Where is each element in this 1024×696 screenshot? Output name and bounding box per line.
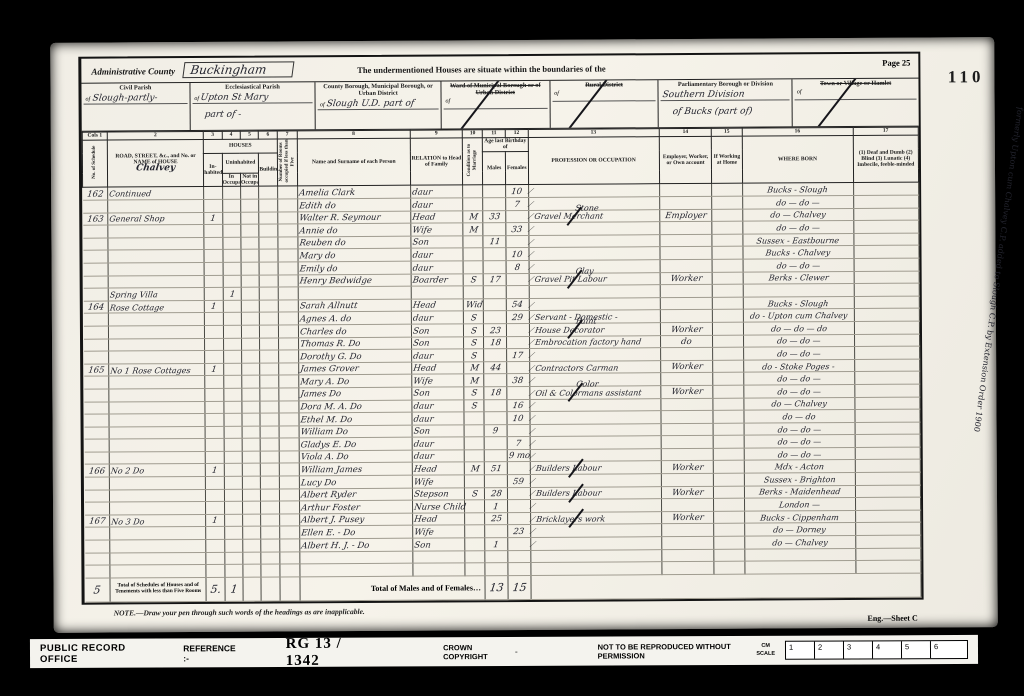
cell-text: Dorothy G. Do <box>299 353 361 362</box>
cell-rel: Son <box>411 324 464 337</box>
cell-occ: ∕StoneGravel Merchant <box>528 209 659 222</box>
cell-uo <box>223 262 241 275</box>
cell-af <box>506 235 529 248</box>
cell-name: Sarah Allnutt <box>298 299 411 312</box>
cell-text: do <box>681 338 693 347</box>
cell-bld <box>260 401 278 414</box>
cell-inh <box>206 552 224 565</box>
cell-name: Dorothy G. Do <box>298 349 411 362</box>
cell-inf <box>854 258 919 271</box>
cell-un <box>241 187 259 200</box>
cell-occ: ∕Builders Labour <box>530 486 661 499</box>
cell-sch <box>83 288 108 301</box>
cell-am: 44 <box>484 361 507 374</box>
cell-sch <box>85 553 110 566</box>
cell-af: 23 <box>508 525 531 538</box>
cell-sch <box>84 427 109 440</box>
col-number: 3 <box>203 131 221 139</box>
form-note: NOTE.—Draw your pen through such words o… <box>84 604 924 618</box>
cell-inf <box>854 283 919 296</box>
cell-sch <box>84 490 109 503</box>
cell-occ: ∕ <box>530 449 661 462</box>
cell-born <box>743 284 854 297</box>
cell-sch: 162 <box>83 187 108 200</box>
cell-inf <box>854 233 919 246</box>
cell-af: 59 <box>507 475 530 488</box>
cell-un <box>242 451 260 464</box>
cell-text: Head <box>413 516 437 525</box>
cell-inh <box>206 539 224 552</box>
cell-sch <box>85 527 110 540</box>
cell-bld <box>260 375 278 388</box>
col-number: 5 <box>240 131 258 139</box>
cell-text: do — do — <box>776 224 821 232</box>
cell-cond: S <box>465 487 485 500</box>
cell-un <box>242 476 260 489</box>
cell-inf <box>855 434 920 447</box>
cell-af <box>508 538 531 551</box>
field-value-2: part of - <box>192 110 242 120</box>
cell-text: M <box>469 365 479 374</box>
cell-text: 51 <box>490 465 502 474</box>
col-header-occupation: PROFESSION OR OCCUPATION <box>528 137 660 185</box>
cell-uo <box>224 439 242 452</box>
cell-inh <box>204 199 222 212</box>
cell-rel: Wife <box>411 223 464 236</box>
cell-emp: Worker <box>660 322 713 335</box>
cell-emp: do <box>660 335 713 348</box>
cell-text: Head <box>413 466 437 475</box>
cell-text: 1 <box>493 541 500 550</box>
cell-emp <box>661 410 714 423</box>
cell-sch <box>84 477 109 490</box>
cell-emp <box>661 499 714 512</box>
cell-inh <box>204 237 222 250</box>
cell-text: 18 <box>490 390 502 399</box>
cell-home <box>713 272 743 285</box>
cell-text: M <box>468 226 478 235</box>
cell-rooms <box>278 312 298 325</box>
cell-born: Bucks - Slough <box>742 183 853 196</box>
cell-cond <box>464 286 484 299</box>
cell-occ: ∕PaintHouse Decorator <box>529 323 660 336</box>
tally-tick: ∕ <box>529 350 534 360</box>
cell-uo <box>224 426 242 439</box>
cell-rel: Son <box>412 387 465 400</box>
cell-sch <box>83 225 108 238</box>
cell-af <box>507 424 530 437</box>
cell-bld <box>260 275 278 288</box>
cell-rel: daur <box>410 198 463 211</box>
cell-af: 17 <box>507 349 530 362</box>
col-header-road: ROAD, STREET, &c., and No. or NAME of HO… <box>107 139 203 187</box>
tally-tick: ∕ <box>529 400 534 410</box>
cell-inh <box>204 288 222 301</box>
cell-rel: Head <box>412 513 465 526</box>
cell-text: 33 <box>488 213 500 222</box>
admin-county-label: Administrative County <box>91 66 175 77</box>
cell-road <box>109 351 205 364</box>
cell-am: 33 <box>483 210 506 223</box>
totals-value: 5 <box>93 583 102 596</box>
cell-inf <box>855 472 920 485</box>
col-header-inhabited: In-habited <box>204 153 223 187</box>
reproduction-notice: NOT TO BE REPRODUCED WITHOUT PERMISSION <box>598 641 747 660</box>
cell-rooms <box>278 325 298 338</box>
cell-sch <box>84 351 109 364</box>
field-rural-district: Rural District of <box>550 80 659 128</box>
tally-tick: ∕ <box>530 488 535 498</box>
cell-sch <box>85 540 110 553</box>
cell-inh <box>206 565 224 578</box>
cell-cond: S <box>464 387 484 400</box>
cell-name: Albert Ryder <box>299 488 412 501</box>
cell-inh: 1 <box>204 212 222 225</box>
cell-text: Son <box>412 390 430 399</box>
cell-text: do — do — <box>777 438 822 446</box>
cell-emp <box>662 549 715 562</box>
cell-text: Spring Villa <box>109 291 158 299</box>
cell-rel: daur <box>412 399 465 412</box>
cell-uo <box>222 199 240 212</box>
field-label: Town or Village or Hamlet <box>795 80 917 88</box>
cell-bld <box>261 489 279 502</box>
tally-tick: ∕ <box>529 375 534 385</box>
cell-text: daur <box>413 440 434 449</box>
cell-road <box>110 502 206 515</box>
col-header-text: Number of Rooms occupied if less than Fi… <box>278 139 296 183</box>
occupation-text: House Decorator <box>534 326 604 334</box>
cell-name: Ethel M. Do <box>299 412 412 425</box>
cell-am: 11 <box>483 235 506 248</box>
cell-name: Gladys E. Do <box>299 437 412 450</box>
cell-text: 166 <box>88 468 105 477</box>
cell-road <box>109 325 205 338</box>
cell-road <box>108 262 204 275</box>
cell-road <box>108 237 204 250</box>
cell-af: 10 <box>507 412 530 425</box>
cell-am <box>483 223 506 236</box>
cell-cond <box>465 475 485 488</box>
cell-inf <box>855 384 920 397</box>
cell-road <box>108 250 204 263</box>
cell-uo <box>222 237 240 250</box>
cell-uo <box>223 350 241 363</box>
cell-af <box>507 361 530 374</box>
cell-born: do — do — <box>744 447 855 460</box>
occupation-text: Builders Labour <box>535 465 602 473</box>
cell-text: Thomas R. Do <box>299 340 360 349</box>
cell-text: 1 <box>212 517 219 526</box>
cell-inf <box>854 321 919 334</box>
cell-occ: ∕Contractors Carman <box>529 360 660 373</box>
cell-un <box>242 501 260 514</box>
cell-uo <box>223 338 241 351</box>
cell-text: 1 <box>211 467 218 476</box>
cell-text: Charles do <box>299 328 347 337</box>
cell-un <box>243 527 261 540</box>
cell-text: Son <box>413 541 431 550</box>
cell-sch <box>84 389 109 402</box>
cell-home <box>713 360 743 373</box>
cell-cond <box>463 261 483 274</box>
cell-inf <box>856 560 921 573</box>
cell-inf <box>854 359 919 372</box>
cell-emp <box>662 536 715 549</box>
cell-text: Amelia Clark <box>298 189 355 198</box>
cell-sch <box>83 276 108 289</box>
occupation-annotation: Color <box>576 380 599 388</box>
cell-text: Henry Bedwidge <box>299 277 372 286</box>
cell-text: Wife <box>411 226 432 235</box>
col-header-home: If Working at Home <box>712 136 742 184</box>
cell-road <box>109 338 205 351</box>
field-civil-parish: Civil Parish ofSlough-partly- <box>81 83 190 131</box>
cell-inh <box>204 225 222 238</box>
cell-inh <box>206 489 224 502</box>
cell-home <box>713 372 743 385</box>
cell-occ <box>530 549 661 562</box>
tally-tick: ∕ <box>529 362 534 372</box>
cell-inh <box>206 527 224 540</box>
cell-af <box>506 286 529 299</box>
cell-home <box>713 398 743 411</box>
cell-rooms <box>280 564 300 577</box>
cell-occ: ∕ <box>530 537 661 550</box>
cell-rel: Wife <box>411 374 464 387</box>
tally-tick: ∕ <box>529 413 534 423</box>
cell-name <box>300 563 413 576</box>
empty-cell <box>243 577 262 601</box>
cell-am <box>484 311 507 324</box>
cell-bld <box>260 363 278 376</box>
cell-af: 16 <box>507 399 530 412</box>
cell-born: do — Chalvey <box>744 536 855 549</box>
cell-name <box>300 551 413 564</box>
cell-inh <box>205 313 223 326</box>
cell-am <box>483 185 506 198</box>
cell-home <box>713 385 743 398</box>
pro-office-label: PUBLIC RECORD OFFICE <box>40 642 143 664</box>
ruler-mark: 1 <box>786 642 815 659</box>
cell-name: James Grover <box>298 362 411 375</box>
cell-name: William James <box>299 463 412 476</box>
cell-rel: Son <box>411 336 464 349</box>
cell-inf <box>854 220 919 233</box>
cell-occ: ∕ <box>530 524 661 537</box>
cell-sch <box>85 565 110 578</box>
cell-text: Bucks - Cippenham <box>760 514 840 522</box>
cell-born: do — do — <box>744 435 855 448</box>
cell-rel: Nurse Child <box>412 500 465 513</box>
cell-am: 18 <box>484 336 507 349</box>
cell-text: 165 <box>87 367 104 376</box>
cell-uo <box>223 300 241 313</box>
cell-text: daur <box>412 251 433 260</box>
cell-rel: Wife <box>412 475 465 488</box>
cell-occ: ∕ <box>530 436 661 449</box>
cell-sch <box>84 439 109 452</box>
field-value: Southern Division <box>662 90 745 101</box>
totals-footer: 5 Total of Schedules of Houses and of Te… <box>85 573 921 602</box>
cell-text: 9 <box>492 427 499 436</box>
cell-am: 18 <box>484 387 507 400</box>
col-header-whereborn: WHERE BORN <box>742 135 853 183</box>
cell-text: 16 <box>512 402 524 411</box>
cell-road <box>108 225 204 238</box>
ruler-mark: 2 <box>815 642 844 659</box>
cell-rooms <box>278 287 298 300</box>
cell-text: No 1 Rose Cottages <box>110 367 191 375</box>
cell-inh <box>205 325 223 338</box>
cell-road: General Shop <box>108 212 204 225</box>
cell-text: M <box>468 213 478 222</box>
cell-road: No 3 Do <box>110 514 206 527</box>
cell-cond: M <box>465 462 485 475</box>
cell-born: Sussex - Brighton <box>744 473 855 486</box>
totals-schedules: 5 <box>85 578 110 602</box>
cell-af: 8 <box>506 260 529 273</box>
cell-text: M <box>470 465 480 474</box>
cell-inh <box>206 502 224 515</box>
cell-am: 1 <box>485 538 508 551</box>
cell-rooms <box>278 211 298 224</box>
cell-rooms <box>279 438 299 451</box>
cell-rel: daur <box>412 437 465 450</box>
cell-home <box>712 196 742 209</box>
cell-text: Reuben do <box>299 239 346 248</box>
cell-af: 10 <box>506 248 529 261</box>
cell-text: 10 <box>511 188 523 197</box>
cell-text: Worker <box>670 325 703 334</box>
cell-home <box>713 423 743 436</box>
cell-un <box>242 375 260 388</box>
cell-sch <box>83 313 108 326</box>
cell-af: 33 <box>506 223 529 236</box>
cell-text: Stepson <box>413 491 449 500</box>
occupation-text: Embrocation factory hand <box>535 339 642 348</box>
cell-text: do - Upton cum Chalvey <box>749 312 848 321</box>
cell-un <box>242 350 260 363</box>
page-number: Page 25 <box>882 58 910 68</box>
cell-bld <box>261 514 279 527</box>
cell-text: daur <box>413 403 434 412</box>
cell-rel: daur <box>412 450 465 463</box>
cell-text: 23 <box>489 327 501 336</box>
cell-text: 23 <box>513 528 525 537</box>
cell-road <box>110 552 206 565</box>
cell-uo <box>223 313 241 326</box>
cell-bld <box>260 338 278 351</box>
cell-emp: Worker <box>661 461 714 474</box>
cell-text: do — Chalvey <box>772 539 828 547</box>
cell-emp <box>660 297 713 310</box>
cell-born: do — do — <box>743 384 854 397</box>
census-scan: 110 formerly Upton cum Chalvey C.P. adde… <box>50 37 998 633</box>
field-parliamentary-borough: Parliamentary Borough or Division Southe… <box>659 79 793 127</box>
cell-am <box>485 563 508 576</box>
cell-road <box>109 451 205 464</box>
cell-rooms <box>279 463 299 476</box>
cell-emp <box>661 473 714 486</box>
cell-name: Ellen E. - Do <box>299 526 412 539</box>
cell-text: daur <box>412 352 433 361</box>
cell-uo <box>224 413 242 426</box>
cell-uo <box>223 275 241 288</box>
cell-un <box>242 464 260 477</box>
cell-name: Emily do <box>298 261 411 274</box>
field-value: Slough U.D. part of <box>326 99 415 110</box>
cell-text: Walter R. Seymour <box>299 214 381 223</box>
cell-road <box>109 388 205 401</box>
separator-dash: - <box>515 647 518 656</box>
field-label: Ward of Municipal Borough or of Urban Di… <box>443 82 547 97</box>
occupation-annotation: Paint <box>576 318 598 326</box>
cell-uo <box>224 476 242 489</box>
cell-text: 28 <box>490 490 502 499</box>
cell-occ <box>530 562 661 575</box>
cell-home <box>714 486 744 499</box>
cell-name: James Do <box>299 387 412 400</box>
cell-rooms <box>279 526 299 539</box>
cell-text: Bucks - Slough <box>768 300 830 308</box>
cell-bld <box>259 212 277 225</box>
cell-af <box>508 512 531 525</box>
totals-value: 13 <box>489 581 505 594</box>
cell-cond <box>465 550 485 563</box>
cell-un <box>242 401 260 414</box>
field-label: Ecclesiastical Parish <box>192 83 313 91</box>
cell-bld <box>259 262 277 275</box>
col-header-not-in-occupation: Not in Occupation <box>240 173 258 187</box>
below-frame: NOTE.—Draw your pen through such words o… <box>84 604 924 618</box>
cell-home <box>713 347 743 360</box>
cell-un <box>241 250 259 263</box>
cell-uo <box>223 401 241 414</box>
cell-rel: Head <box>411 362 464 375</box>
cell-af <box>508 563 531 576</box>
cell-bld <box>260 413 278 426</box>
tally-tick: ∕ <box>529 337 534 347</box>
cell-name: Lucy Do <box>299 475 412 488</box>
cell-rooms <box>278 274 298 287</box>
col-number: 10 <box>463 130 483 138</box>
cell-inf <box>855 523 920 536</box>
cell-emp <box>659 196 712 209</box>
cell-born <box>744 561 855 574</box>
cell-rooms <box>280 539 300 552</box>
cell-cond: M <box>463 223 483 236</box>
cell-af: 38 <box>507 374 530 387</box>
cell-born: Bucks - Slough <box>743 296 854 309</box>
cell-emp <box>660 259 713 272</box>
cell-text: Son <box>413 428 431 437</box>
cell-home <box>714 448 744 461</box>
cell-un <box>241 312 259 325</box>
cell-sch <box>84 339 109 352</box>
tally-tick: ∕ <box>528 274 533 284</box>
col-number: Cols 1 <box>82 132 107 140</box>
cell-af <box>507 462 530 475</box>
cell-rel: Wife <box>412 525 465 538</box>
cell-text: S <box>471 390 478 399</box>
cell-un <box>241 262 259 275</box>
cell-rel: Son <box>411 236 464 249</box>
cell-occ: ∕ <box>528 234 659 247</box>
cell-rooms <box>278 249 298 262</box>
reference-number: RG 13 / 1342 <box>286 635 364 669</box>
cell-text: Worker <box>670 275 703 284</box>
